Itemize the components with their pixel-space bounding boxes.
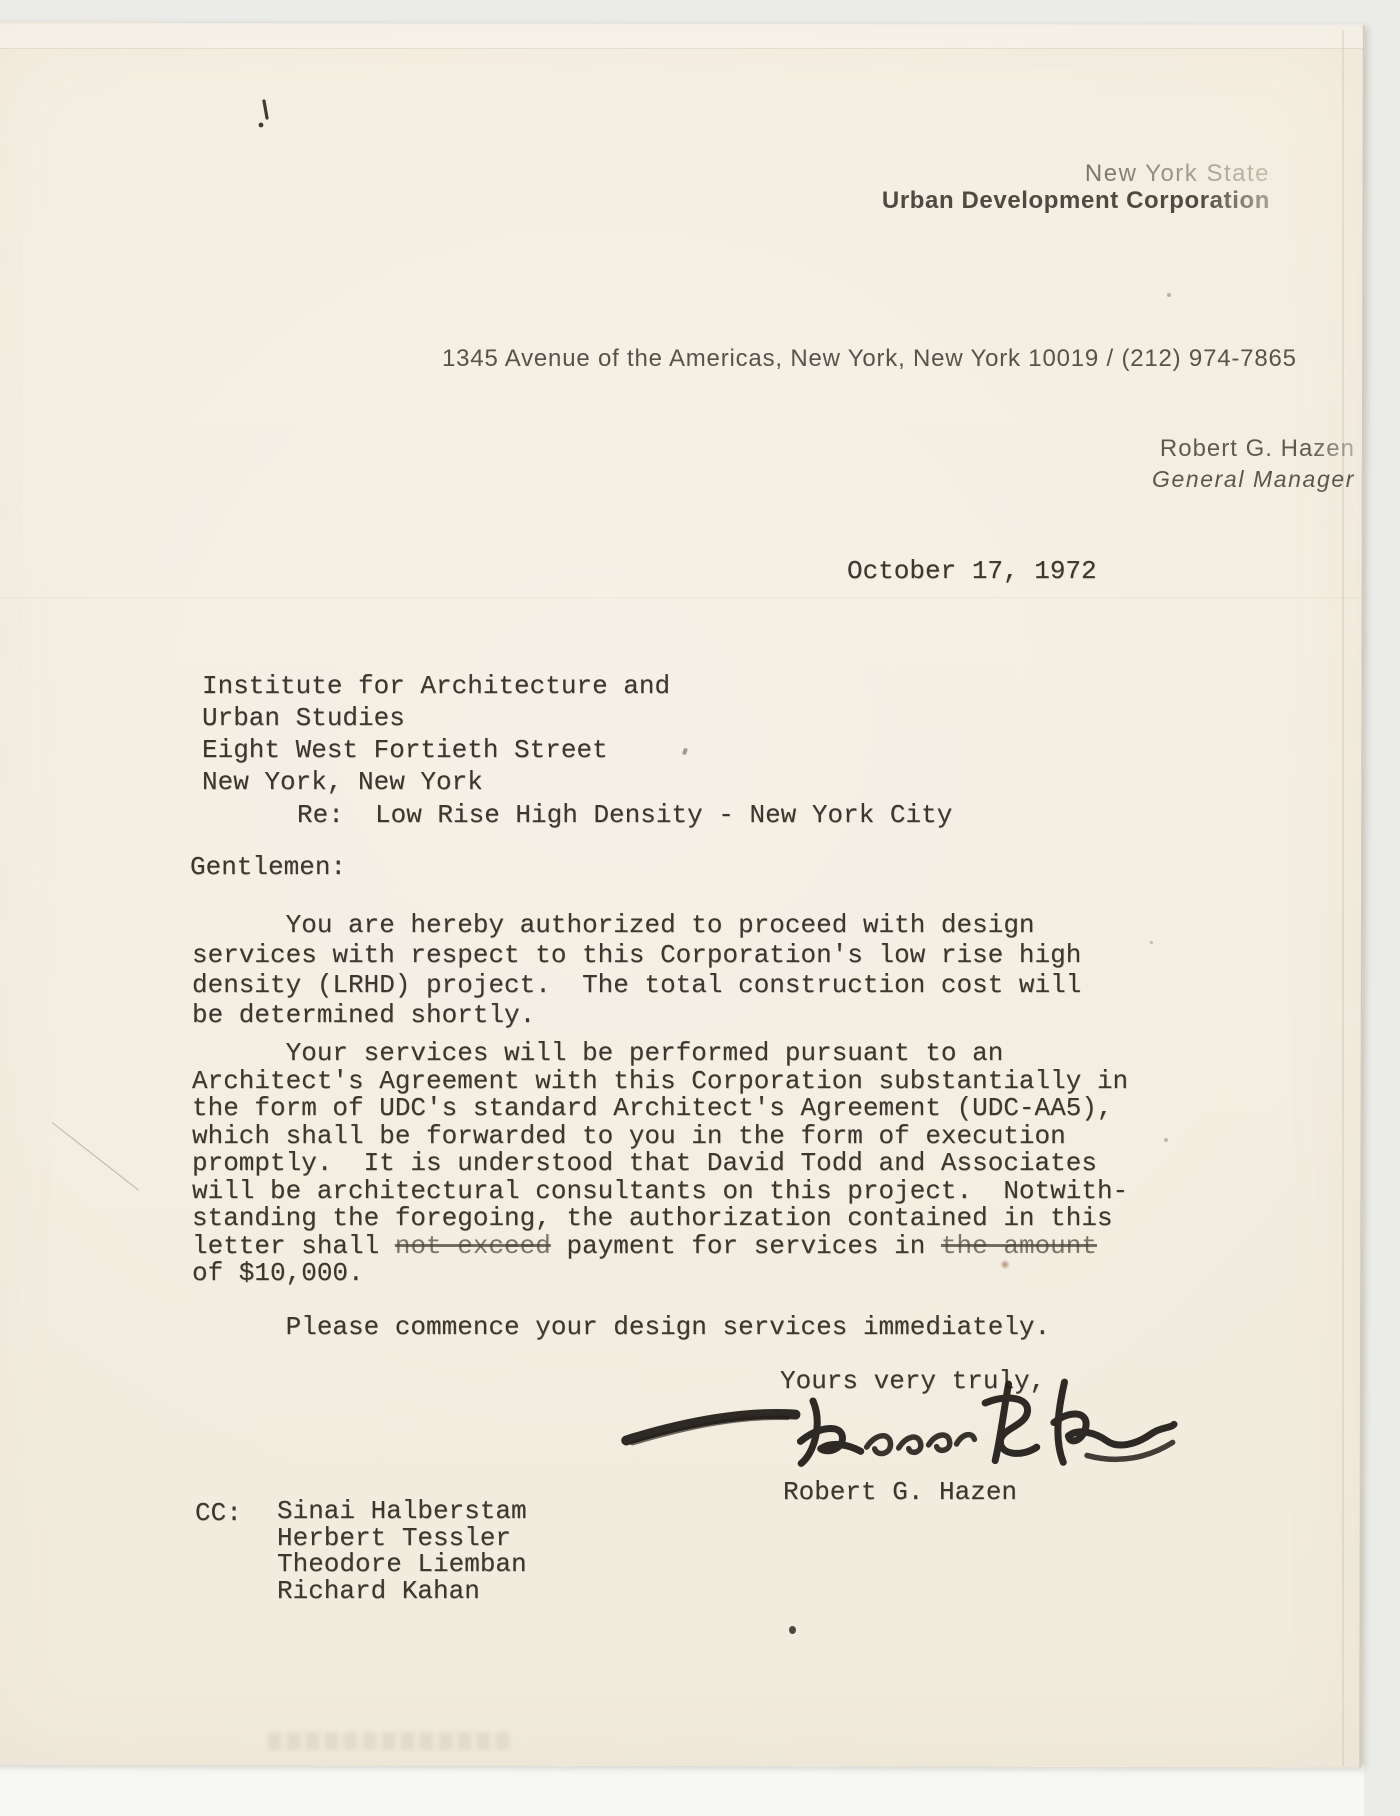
paper-top-edge-highlight	[0, 24, 1363, 48]
paper-edge-line	[1342, 30, 1344, 1766]
edge-speck	[1164, 1138, 1168, 1142]
cc-name-list: Sinai HalberstamHerbert TesslerTheodore …	[277, 1498, 527, 1604]
letterhead-officer-block: Robert G. Hazen General Manager	[1152, 433, 1355, 495]
crease-line-middle	[0, 597, 1363, 598]
scan-background-right	[1364, 0, 1400, 1816]
recipient-address: Institute for Architecture andUrban Stud…	[202, 670, 670, 798]
signature-handwriting	[616, 1366, 1179, 1490]
letter-date: October 17, 1972	[847, 556, 1097, 586]
body-paragraph-1: You are hereby authorized to proceed wit…	[192, 910, 1081, 1030]
crease-line-top	[0, 48, 1363, 49]
edge-speck	[1150, 941, 1153, 944]
letterhead-address: 1345 Avenue of the Americas, New York, N…	[442, 345, 1297, 373]
letterhead-org-line2: Urban Development Corporation	[882, 187, 1270, 214]
scan-background-bottom	[0, 1764, 1400, 1816]
brown-stain	[1000, 1260, 1010, 1269]
ink-speck	[789, 1626, 796, 1634]
ink-mark	[256, 98, 272, 134]
officer-name: Robert G. Hazen	[1152, 433, 1355, 464]
salutation: Gentlemen:	[190, 852, 346, 882]
faint-stamp	[268, 1732, 513, 1750]
officer-title: General Manager	[1152, 464, 1355, 495]
body-paragraph-2: Your services will be performed pursuant…	[192, 1040, 1128, 1288]
edge-speck	[1167, 293, 1171, 297]
body-paragraph-3: Please commence your design services imm…	[192, 1312, 1050, 1342]
cc-label: CC:	[195, 1498, 242, 1528]
letterhead-org-line1: New York State	[882, 160, 1270, 187]
re-subject-line: Re: Low Rise High Density - New York Cit…	[297, 800, 952, 830]
letterhead-org: New York State Urban Development Corpora…	[882, 160, 1270, 214]
